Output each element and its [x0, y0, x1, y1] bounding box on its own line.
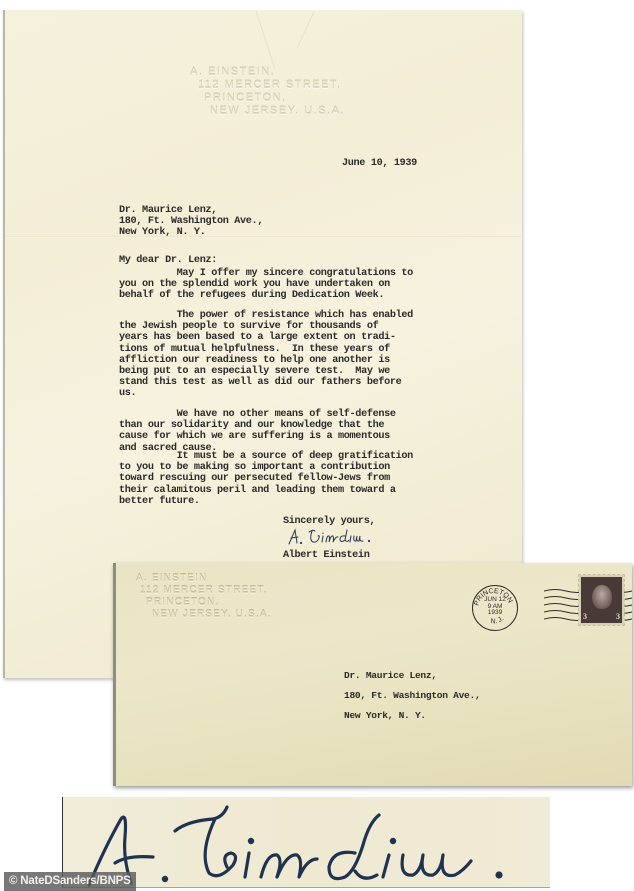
postage-stamp: 3 3 [579, 575, 624, 625]
return-address-line: 112 MERCER STREET, [136, 585, 272, 597]
embossed-letterhead: A. EINSTEIN, 112 MERCER STREET, PRINCETO… [190, 66, 345, 118]
paragraph-3: We have no other means of self-defense t… [119, 409, 396, 454]
stamp-value: 3 [616, 612, 620, 621]
paragraph-2: The power of resistance which has enable… [119, 310, 413, 400]
paper-crease [256, 11, 275, 68]
svg-text:N. J.: N. J. [490, 615, 505, 625]
postmark-year: 1939 [483, 610, 507, 617]
letterhead-line: A. EINSTEIN, [190, 66, 345, 79]
return-address-line: PRINCETON, [136, 597, 272, 609]
signature-closeup-ink [63, 797, 551, 888]
return-address-line: NEW JERSEY. U.S.A. [136, 609, 272, 621]
return-address-line: A. EINSTEIN [136, 573, 272, 585]
envelope-return-address: A. EINSTEIN 112 MERCER STREET, PRINCETON… [136, 573, 272, 621]
stamp-value: 3 [583, 612, 587, 621]
envelope: A. EINSTEIN 112 MERCER STREET, PRINCETON… [113, 563, 632, 786]
handwritten-signature [285, 526, 385, 546]
letterhead-line: PRINCETON, [190, 92, 345, 105]
fold-line [5, 236, 522, 238]
salutation: My dear Dr. Lenz: [119, 255, 217, 266]
letterhead-line: 112 MERCER STREET, [190, 79, 345, 92]
signer-name: Albert Einstein [283, 550, 369, 561]
paragraph-4: It must be a source of deep gratificatio… [119, 451, 413, 507]
envelope-recipient-address: Dr. Maurice Lenz, 180, Ft. Washington Av… [344, 666, 480, 726]
paper-crease [297, 12, 315, 49]
paragraph-1: May I offer my sincere congratulations t… [119, 268, 413, 302]
washington-portrait [592, 585, 612, 609]
postmark: PRINCETON N. J. JUN 12 9 AM 1939 [472, 585, 518, 631]
letter-date: June 10, 1939 [342, 158, 417, 169]
letterhead-line: NEW JERSEY. U.S.A. [190, 105, 345, 118]
photo-credit: © NateDSanders/BNPS [4, 872, 136, 891]
recipient-address: Dr. Maurice Lenz, 180, Ft. Washington Av… [119, 205, 263, 239]
